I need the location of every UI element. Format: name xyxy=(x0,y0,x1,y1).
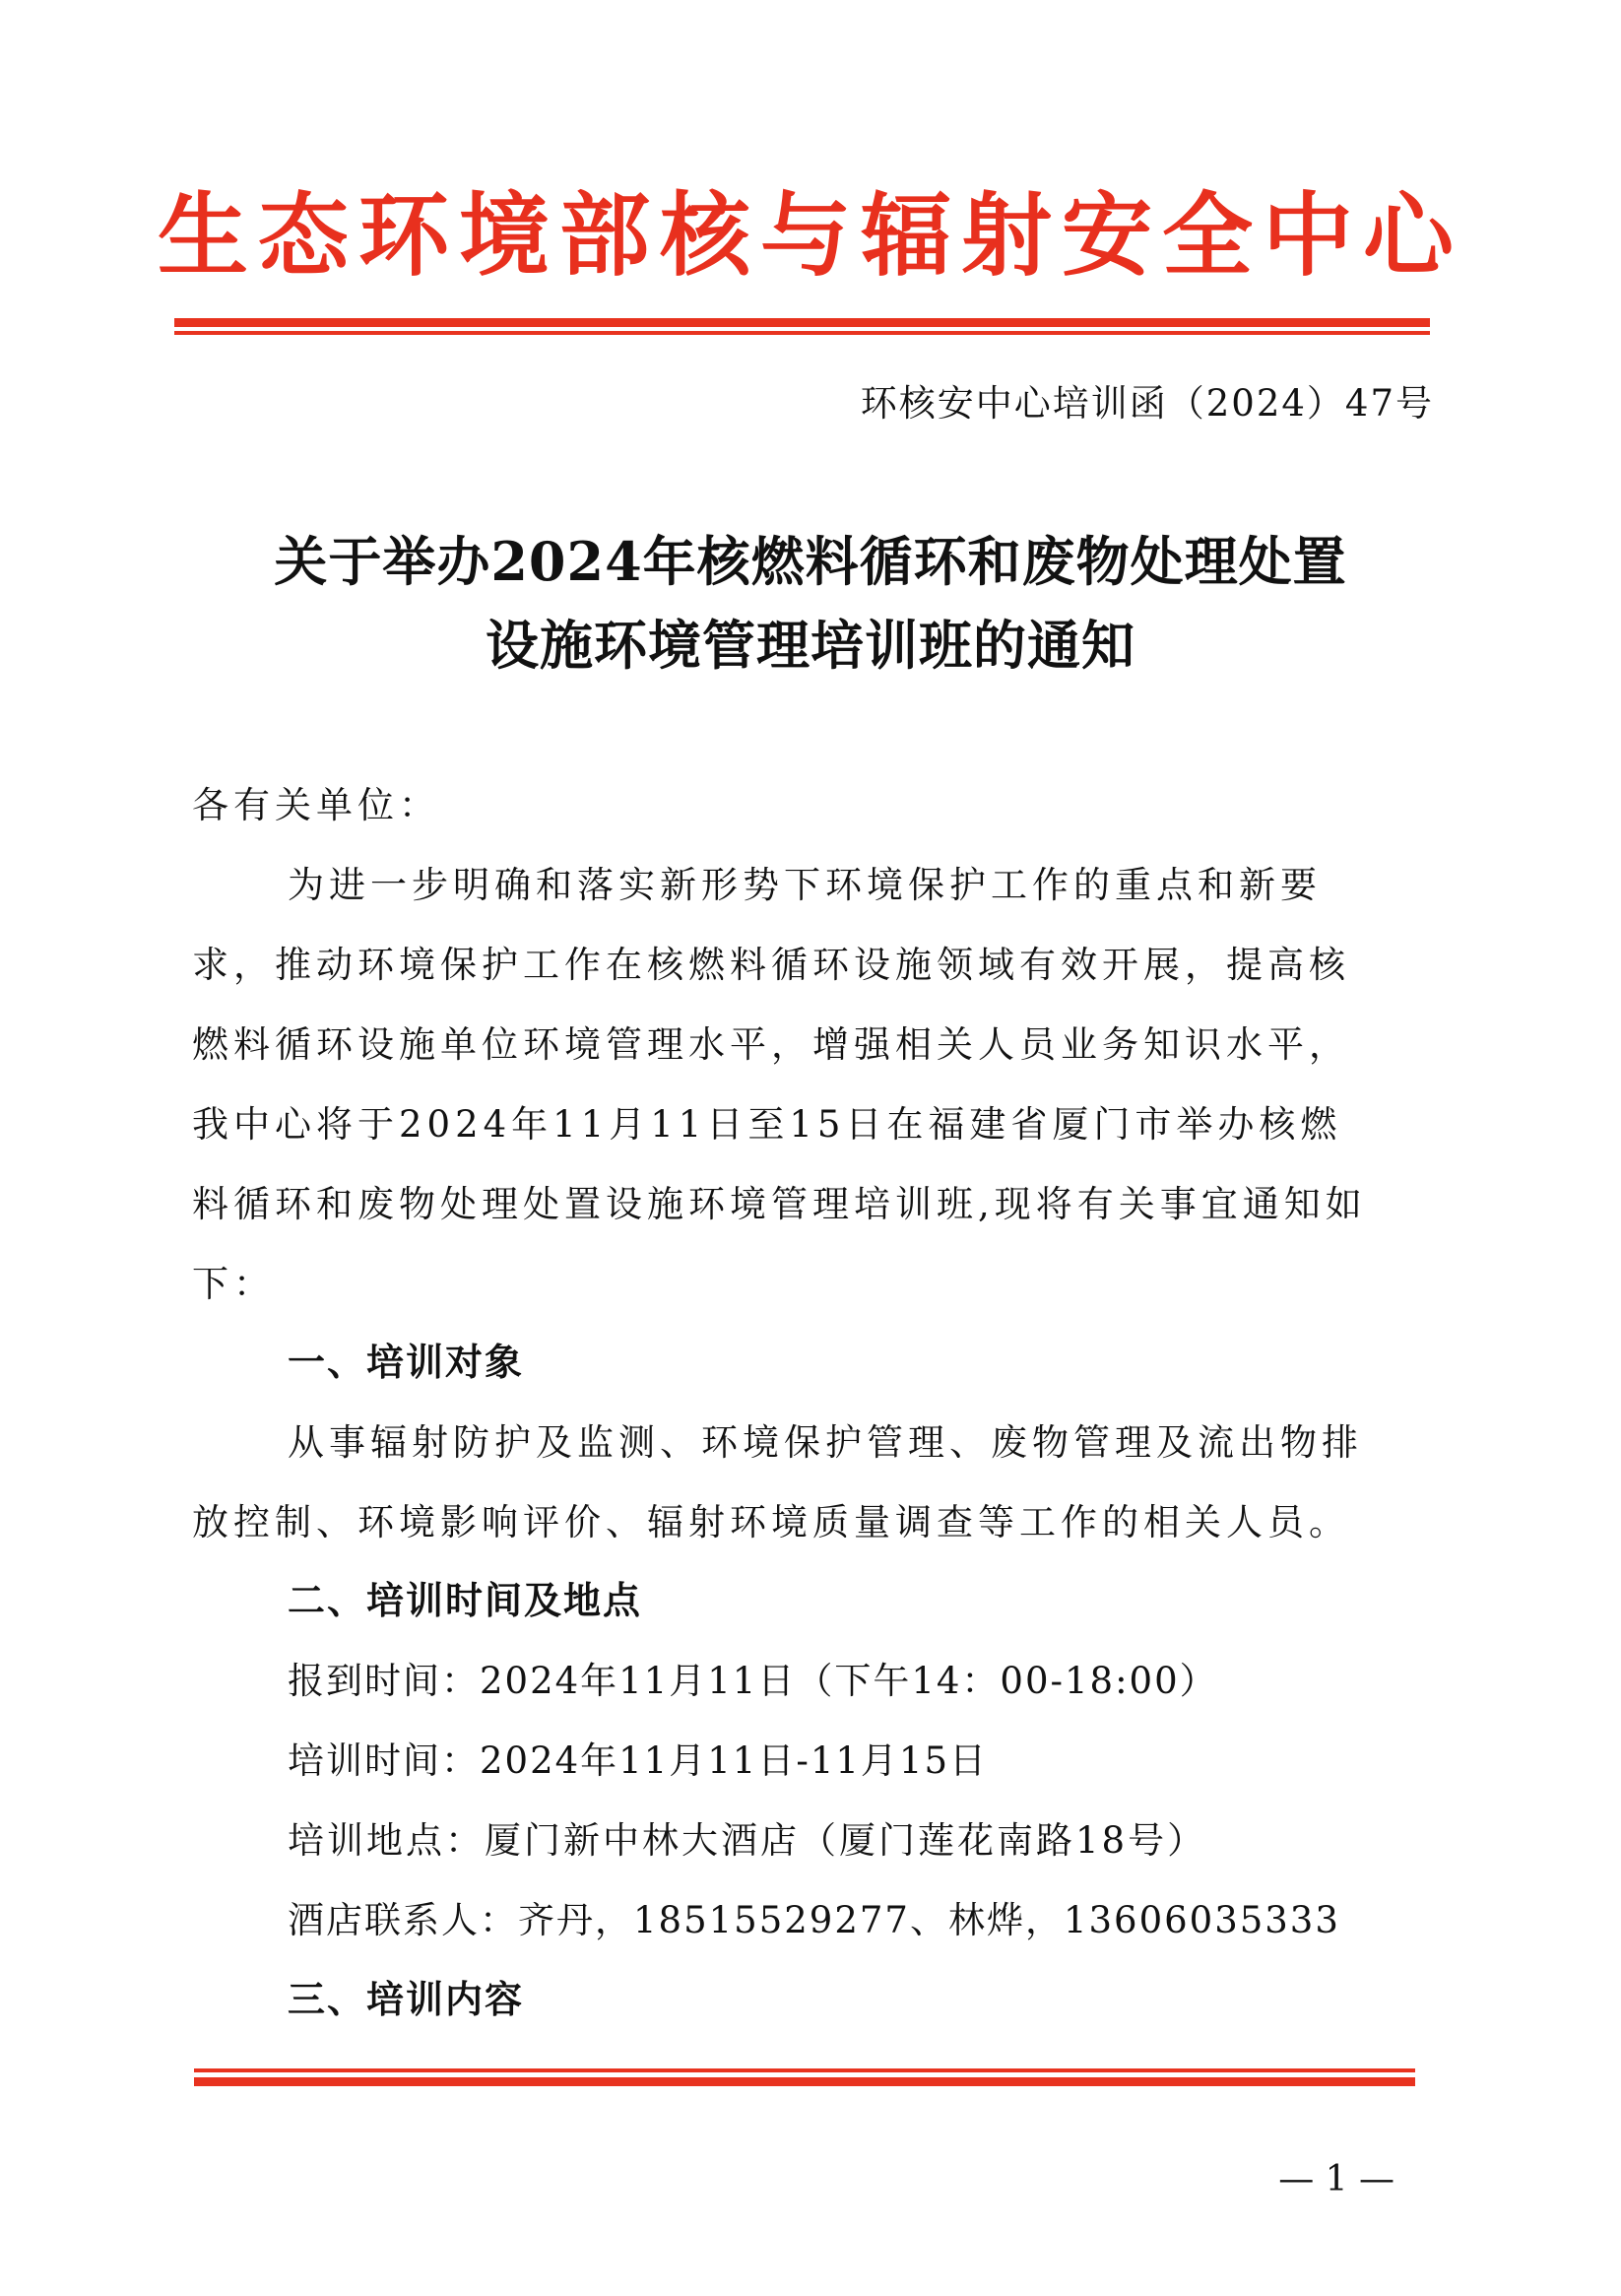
intro-line: 为进一步明确和落实新形势下环境保护工作的重点和新要 xyxy=(288,861,1322,910)
notice-title-line-1: 关于举办2024年核燃料循环和废物处理处置 xyxy=(0,527,1621,596)
hotel-contacts: 酒店联系人：齐丹，18515529277、林烨，13606035333 xyxy=(288,1896,1340,1945)
page-number: — 1 — xyxy=(1278,2155,1394,2204)
intro-line: 燃料循环设施单位环境管理水平，增强相关人员业务知识水平， xyxy=(192,1020,1350,1070)
salutation: 各有关单位： xyxy=(192,781,440,830)
registration-time: 报到时间：2024年11月11日（下午14：00-18:00） xyxy=(288,1657,1218,1706)
header-rule-thick xyxy=(174,318,1430,327)
section-heading-content: 三、培训内容 xyxy=(288,1975,524,2024)
training-time: 培训时间：2024年11月11日-11月15日 xyxy=(288,1737,988,1786)
intro-line: 料循环和废物处理处置设施环境管理培训班,现将有关事宜通知如 xyxy=(192,1180,1367,1229)
section-heading-time-location: 二、培训时间及地点 xyxy=(288,1576,642,1625)
section-line: 从事辐射防护及监测、环境保护管理、废物管理及流出物排 xyxy=(288,1418,1363,1468)
section-line: 放控制、环境影响评价、辐射环境质量调查等工作的相关人员。 xyxy=(192,1498,1350,1547)
document-number: 环核安中心培训函（2024）47号 xyxy=(861,379,1434,428)
intro-line: 求，推动环境保护工作在核燃料循环设施领域有效开展，提高核 xyxy=(192,941,1350,990)
org-name-header: 生态环境部核与辐射安全中心 xyxy=(0,182,1621,291)
intro-line: 下： xyxy=(192,1260,275,1309)
training-location: 培训地点：厦门新中林大酒店（厦门莲花南路18号） xyxy=(288,1816,1206,1866)
intro-line: 我中心将于2024年11月11日至15日在福建省厦门市举办核燃 xyxy=(192,1100,1341,1149)
header-rule-thin xyxy=(174,331,1430,335)
section-heading-trainees: 一、培训对象 xyxy=(288,1338,524,1387)
footer-rule-thick xyxy=(194,2077,1415,2086)
footer-rule-thin xyxy=(194,2068,1415,2072)
notice-title-line-2: 设施环境管理培训班的通知 xyxy=(0,611,1621,680)
